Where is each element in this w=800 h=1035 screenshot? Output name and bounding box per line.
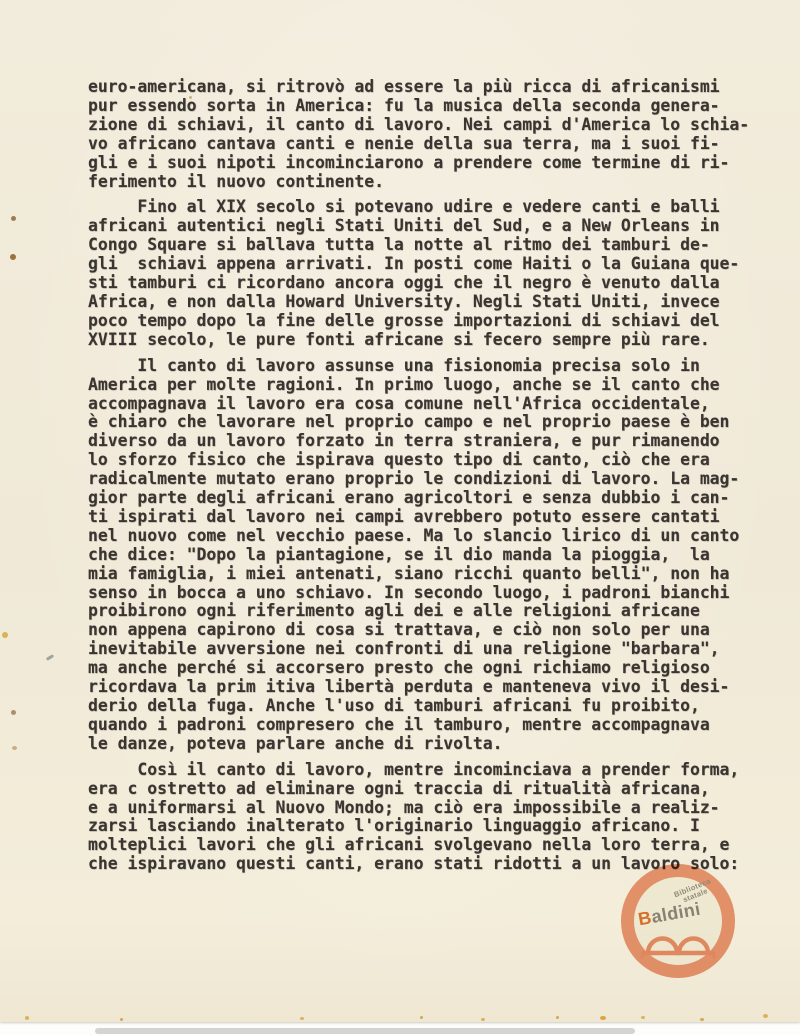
paper-speck xyxy=(25,1016,29,1020)
paper-speck xyxy=(189,96,192,99)
library-stamp: Biblioteca statale Baldini xyxy=(621,864,735,978)
underlying-page-edge xyxy=(95,1028,635,1034)
paper-speck xyxy=(700,1018,704,1021)
paragraph: Fino al XIX secolo si potevano udire e v… xyxy=(88,198,756,349)
document-text: euro-americana, si ritrovò ad essere la … xyxy=(88,78,756,874)
paper-speck xyxy=(481,1018,485,1021)
paper-speck xyxy=(120,1018,123,1021)
paper-speck xyxy=(763,1014,768,1018)
pen-tick-mark xyxy=(46,654,54,661)
paragraph: euro-americana, si ritrovò ad essere la … xyxy=(88,78,756,191)
paper-speck xyxy=(11,710,16,715)
open-book-icon xyxy=(639,923,717,959)
paragraph: Il canto di lavoro assunse una fisionomi… xyxy=(88,357,756,754)
paper-speck xyxy=(556,1016,559,1019)
stamp-inner: Biblioteca statale Baldini xyxy=(634,877,722,965)
paper-speck xyxy=(300,1017,304,1020)
paragraph: Così il canto di lavoro, mentre incominc… xyxy=(88,761,756,874)
scanned-page: euro-americana, si ritrovò ad essere la … xyxy=(0,0,800,1022)
paper-speck xyxy=(641,1016,645,1019)
paper-speck xyxy=(12,746,17,750)
paper-speck xyxy=(420,1016,423,1019)
paper-speck xyxy=(600,1016,606,1020)
paper-speck xyxy=(2,632,8,638)
paper-speck xyxy=(10,254,16,260)
paper-speck xyxy=(11,216,16,221)
